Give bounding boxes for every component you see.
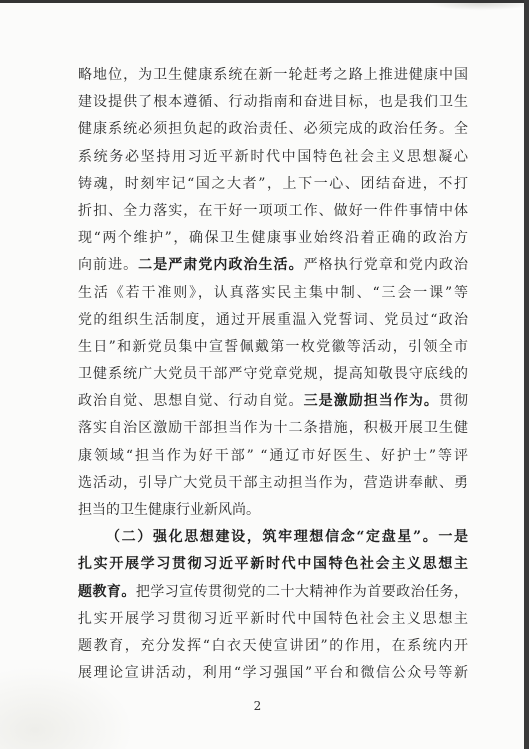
scan-border-right xyxy=(524,0,529,749)
text-segment: 向前进。 xyxy=(78,257,138,273)
text-line: 党的组织生活制度，通过开展重温入党誓词、党员过“政治 xyxy=(78,307,468,334)
text-segment: 康领域“担当作为好干部” “通辽市好医生、好护士”等评 xyxy=(78,448,468,464)
text-line: 担当的卫生健康行业新风尚。 xyxy=(78,497,468,524)
text-line: 铸魂，时刻牢记“国之大者”，上下一心、团结奋进，不打 xyxy=(78,171,468,198)
text-segment: 生日”和新党员集中宣誓佩戴第一枚党徽等活动，引领全市 xyxy=(78,339,468,355)
text-line: 卫健系统广大党员干部严守党章党规，提高知敬畏守底线的 xyxy=(78,361,468,388)
text-segment: 贯彻 xyxy=(439,393,468,409)
text-segment: 建设提供了根本遵循、行动指南和奋进目标，也是我们卫生 xyxy=(78,94,468,110)
text-line: 健康系统必须担负起的政治责任、必须完成的政治任务。全 xyxy=(78,116,468,143)
text-line: 政治自觉、思想自觉、行动自觉。三是激励担当作为。贯彻 xyxy=(78,388,468,415)
text-segment: 把学习宣传贯彻党的二十大精神作为首要政治任务， xyxy=(136,584,468,600)
text-line: （二）强化思想建设，筑牢理想信念“定盘星”。一是 xyxy=(78,524,468,551)
text-line: 扎实开展学习贯彻习近平新时代中国特色社会主义思想主 xyxy=(78,606,468,633)
text-segment: 生活《若干准则》，认真落实民主集中制、“三会一课”等 xyxy=(78,285,468,301)
bold-text-segment: 三是激励担当作为。 xyxy=(304,393,439,409)
bold-text-segment: 扎实开展学习贯彻习近平新时代中国特色社会主义思想主 xyxy=(78,556,468,572)
text-line: 建设提供了根本遵循、行动指南和奋进目标，也是我们卫生 xyxy=(78,89,468,116)
document-body-text: 略地位，为卫生健康系统在新一轮赶考之路上推进健康中国建设提供了根本遵循、行动指南… xyxy=(78,62,468,687)
text-line: 题教育。把学习宣传贯彻党的二十大精神作为首要政治任务， xyxy=(78,579,468,606)
text-line: 现“两个维护”，确保卫生健康事业始终沿着正确的政治方 xyxy=(78,225,468,252)
text-line: 扎实开展学习贯彻习近平新时代中国特色社会主义思想主 xyxy=(78,551,468,578)
text-line: 略地位，为卫生健康系统在新一轮赶考之路上推进健康中国 xyxy=(78,62,468,89)
text-line: 生日”和新党员集中宣誓佩戴第一枚党徽等活动，引领全市 xyxy=(78,334,468,361)
text-segment: 选活动，引导广大党员干部主动担当作为，营造讲奉献、勇 xyxy=(78,475,468,491)
text-segment: 担当的卫生健康行业新风尚。 xyxy=(78,502,260,518)
text-line: 展理论宣讲活动，利用“学习强国”平台和微信公众号等新 xyxy=(78,660,468,687)
bold-text-segment: （二）强化思想建设，筑牢理想信念“定盘星”。一是 xyxy=(106,529,468,545)
text-segment: 题教育，充分发挥“白衣天使宣讲团”的作用，在系统内开 xyxy=(78,638,468,654)
text-line: 系统务必坚持用习近平新时代中国特色社会主义思想凝心 xyxy=(78,144,468,171)
scan-border-top xyxy=(0,0,529,3)
text-line: 题教育，充分发挥“白衣天使宣讲团”的作用，在系统内开 xyxy=(78,633,468,660)
text-line: 康领域“担当作为好干部” “通辽市好医生、好护士”等评 xyxy=(78,443,468,470)
text-segment: 展理论宣讲活动，利用“学习强国”平台和微信公众号等新 xyxy=(78,665,468,681)
text-segment: 略地位，为卫生健康系统在新一轮赶考之路上推进健康中国 xyxy=(78,67,468,83)
text-line: 生活《若干准则》，认真落实民主集中制、“三会一课”等 xyxy=(78,280,468,307)
text-segment: 落实自治区激励干部担当作为十二条措施，积极开展卫生健 xyxy=(78,420,468,436)
text-segment: 党的组织生活制度，通过开展重温入党誓词、党员过“政治 xyxy=(78,312,468,328)
text-line: 向前进。二是严肃党内政治生活。严格执行党章和党内政治 xyxy=(78,252,468,279)
page-number: 2 xyxy=(0,699,515,713)
bold-text-segment: 二是严肃党内政治生活。 xyxy=(138,257,303,273)
text-segment: 铸魂，时刻牢记“国之大者”，上下一心、团结奋进，不打 xyxy=(78,176,468,192)
text-line: 选活动，引导广大党员干部主动担当作为，营造讲奉献、勇 xyxy=(78,470,468,497)
text-segment: 严格执行党章和党内政治 xyxy=(304,257,468,273)
text-segment: 系统务必坚持用习近平新时代中国特色社会主义思想凝心 xyxy=(78,149,468,165)
text-segment: 折扣、全力落实，在干好一项项工作、做好一件件事情中体 xyxy=(78,203,468,219)
bold-text-segment: 题教育。 xyxy=(78,584,136,600)
text-line: 落实自治区激励干部担当作为十二条措施，积极开展卫生健 xyxy=(78,415,468,442)
text-segment: 现“两个维护”，确保卫生健康事业始终沿着正确的政治方 xyxy=(78,230,468,246)
text-segment: 健康系统必须担负起的政治责任、必须完成的政治任务。全 xyxy=(78,121,468,137)
text-line: 折扣、全力落实，在干好一项项工作、做好一件件事情中体 xyxy=(78,198,468,225)
text-segment: 扎实开展学习贯彻习近平新时代中国特色社会主义思想主 xyxy=(78,611,468,627)
text-segment: 政治自觉、思想自觉、行动自觉。 xyxy=(78,393,304,409)
text-segment: 卫健系统广大党员干部严守党章党规，提高知敬畏守底线的 xyxy=(78,366,468,382)
